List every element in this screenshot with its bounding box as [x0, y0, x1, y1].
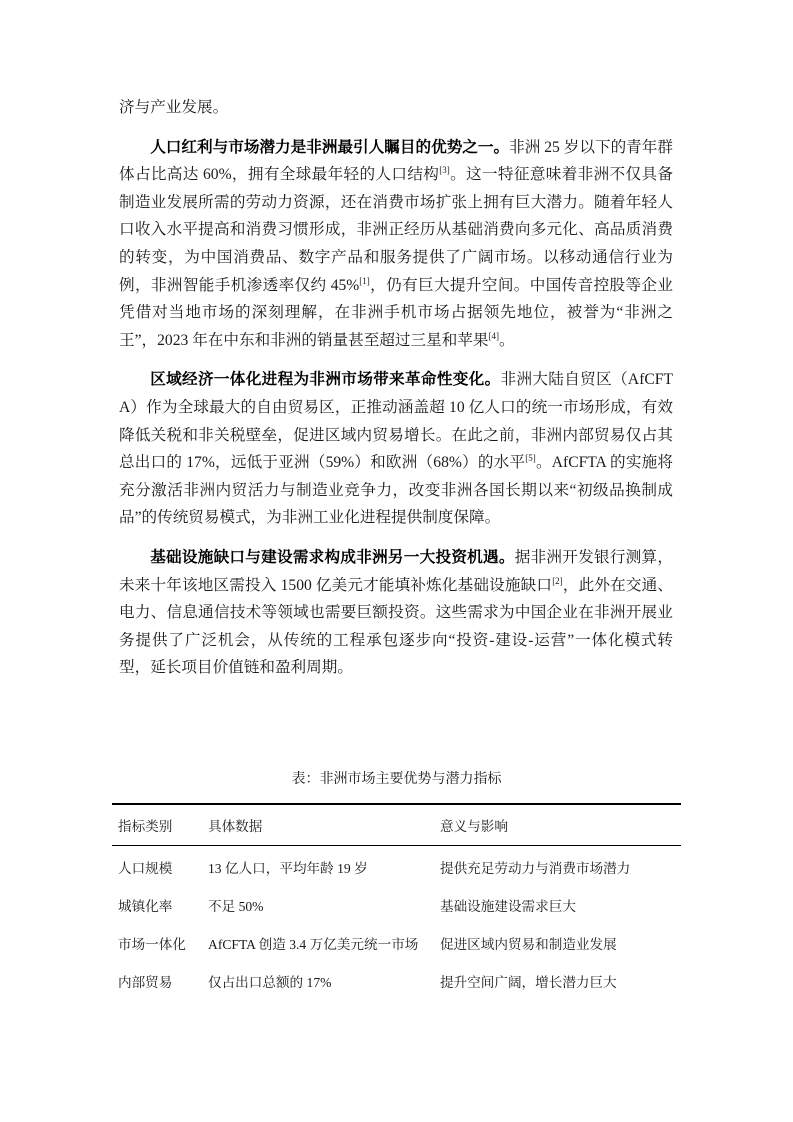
citation-ref: [4] [488, 331, 499, 341]
citation-ref: [1] [359, 275, 370, 285]
table-cell: 城镇化率 [112, 886, 202, 924]
table-cell: 提升空间广阔，增长潜力巨大 [434, 962, 681, 1000]
table-row: 人口规模 13 亿人口，平均年龄 19 岁 提供充足劳动力与消费市场潜力 [112, 846, 681, 887]
data-table: 指标类别 具体数据 意义与影响 人口规模 13 亿人口，平均年龄 19 岁 提供… [112, 803, 681, 1000]
paragraph-lead-sentence: 基础设施缺口与建设需求构成非洲另一大投资机遇。 [150, 548, 515, 566]
table-cell: 人口规模 [112, 846, 202, 887]
table-cell: 仅占出口总额的 17% [202, 962, 434, 1000]
column-header: 意义与影响 [434, 804, 681, 846]
column-header: 具体数据 [202, 804, 434, 846]
table-cell: 提供充足劳动力与消费市场潜力 [434, 846, 681, 887]
citation-ref: [2] [552, 575, 563, 585]
document-body: 济与产业发展。 人口红利与市场潜力是非洲最引人瞩目的优势之一。非洲 25 岁以下… [119, 94, 673, 682]
paragraph-text: 。 [499, 332, 515, 349]
paragraph-infrastructure-gap: 基础设施缺口与建设需求构成非洲另一大投资机遇。据非洲开发银行测算，未来十年该地区… [119, 544, 673, 682]
paragraph-lead-sentence: 区域经济一体化进程为非洲市场带来革命性变化。 [150, 370, 500, 388]
paragraph-lead-sentence: 人口红利与市场潜力是非洲最引人瞩目的优势之一。 [150, 138, 509, 156]
table-cell: AfCFTA 创造 3.4 万亿美元统一市场 [202, 924, 434, 962]
table-cell: 13 亿人口，平均年龄 19 岁 [202, 846, 434, 887]
table-cell: 内部贸易 [112, 962, 202, 1000]
table-row: 内部贸易 仅占出口总额的 17% 提升空间广阔，增长潜力巨大 [112, 962, 681, 1000]
table-cell: 促进区域内贸易和制造业发展 [434, 924, 681, 962]
table-cell: 基础设施建设需求巨大 [434, 886, 681, 924]
table-row: 市场一体化 AfCFTA 创造 3.4 万亿美元统一市场 促进区域内贸易和制造业… [112, 924, 681, 962]
column-header: 指标类别 [112, 804, 202, 846]
citation-ref: [3] [439, 165, 450, 175]
paragraph-text: 。这一特征意味着非洲不仅具备制造业发展所需的劳动力资源，还在消费市场扩张上拥有巨… [119, 166, 673, 293]
paragraph-regional-integration: 区域经济一体化进程为非洲市场带来革命性变化。非洲大陆自贸区（AfCFTA）作为全… [119, 366, 673, 532]
table-row: 城镇化率 不足 50% 基础设施建设需求巨大 [112, 886, 681, 924]
table-cell: 市场一体化 [112, 924, 202, 962]
table-caption: 表：非洲市场主要优势与潜力指标 [0, 770, 793, 790]
table-cell: 不足 50% [202, 886, 434, 924]
table-header-row: 指标类别 具体数据 意义与影响 [112, 804, 681, 846]
paragraph-demographic-dividend: 人口红利与市场潜力是非洲最引人瞩目的优势之一。非洲 25 岁以下的青年群体占比高… [119, 134, 673, 355]
paragraph-continuation: 济与产业发展。 [119, 94, 673, 122]
citation-ref: [5] [525, 453, 536, 463]
indicator-table: 指标类别 具体数据 意义与影响 人口规模 13 亿人口，平均年龄 19 岁 提供… [112, 803, 681, 1000]
paragraph-text: 济与产业发展。 [119, 99, 228, 116]
